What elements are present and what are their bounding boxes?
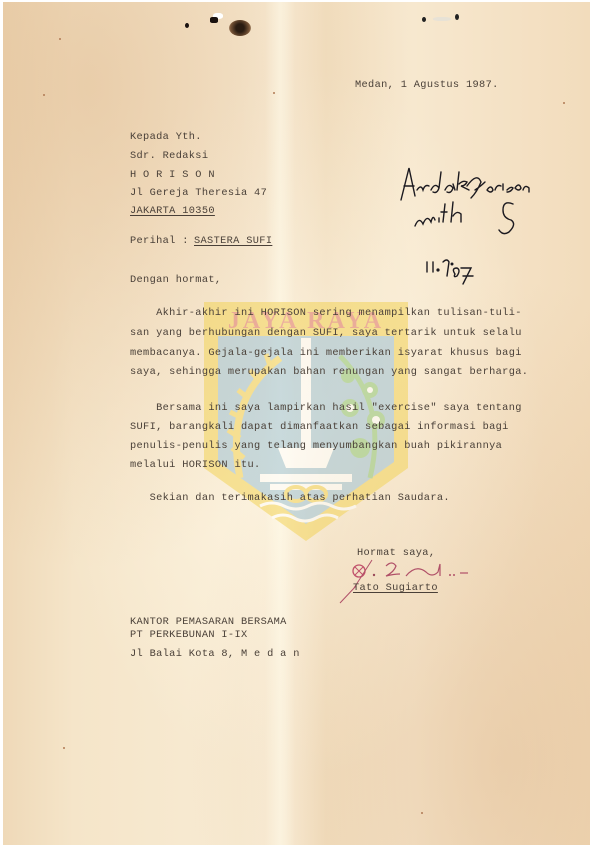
subject-label: Perihal : (130, 236, 189, 246)
sender-line-3: Jl Balai Kota 8, M e d a n (130, 649, 300, 659)
body-line: melalui HORISON itu. (130, 460, 261, 470)
recipient-organization: H O R I S O N (130, 170, 215, 180)
subject: SASTERA SUFI (194, 236, 272, 246)
signature-scribble (338, 558, 478, 604)
paper-damage-mark (422, 17, 426, 22)
sender-line-1: KANTOR PEMASARAN BERSAMA (130, 617, 287, 627)
paper-speck (421, 812, 423, 814)
body-line: Akhir-akhir ini HORISON sering menampilk… (130, 308, 522, 318)
paper-damage-mark (185, 23, 189, 28)
body-line: membacanya. Gejala-gejala ini memberikan… (130, 348, 522, 358)
body-line: Bersama ini saya lampirkan hasil "exerci… (130, 403, 522, 413)
paper-damage-mark (455, 14, 459, 20)
closing: Hormat saya, (357, 548, 435, 558)
body-line: san yang berhubungan dengan SUFI, saya t… (130, 328, 522, 338)
body-line: saya, sehingga merupakan bahan renungan … (130, 367, 528, 377)
paper-speck (63, 747, 65, 749)
signatory-name: Tato Sugiarto (353, 583, 438, 593)
body-line: Sekian dan terimakasih atas perhatian Sa… (130, 493, 450, 503)
recipient-street: Jl Gereja Theresia 47 (130, 188, 267, 198)
sender-line-2: PT PERKEBUNAN I-IX (130, 630, 248, 640)
body-line: penulis-penulis yang telang menyumbangka… (130, 441, 502, 451)
paper-speck (43, 94, 45, 96)
paper-speck (59, 38, 61, 40)
paper-damage-mark (210, 17, 218, 23)
paper-damage-mark (433, 17, 451, 21)
greeting: Dengan hormat, (130, 275, 221, 285)
paper-speck (563, 102, 565, 104)
place-date: Medan, 1 Agustus 1987. (355, 80, 499, 90)
body-line: SUFI, barangkali dapat dimanfaatkan seba… (130, 422, 509, 432)
paper-damage-hole (229, 20, 251, 36)
handwritten-annotation (395, 160, 535, 285)
recipient-name: Sdr. Redaksi (130, 151, 208, 161)
paper-speck (273, 92, 275, 94)
recipient-salutation: Kepada Yth. (130, 132, 202, 142)
recipient-city: JAKARTA 10350 (130, 206, 215, 216)
